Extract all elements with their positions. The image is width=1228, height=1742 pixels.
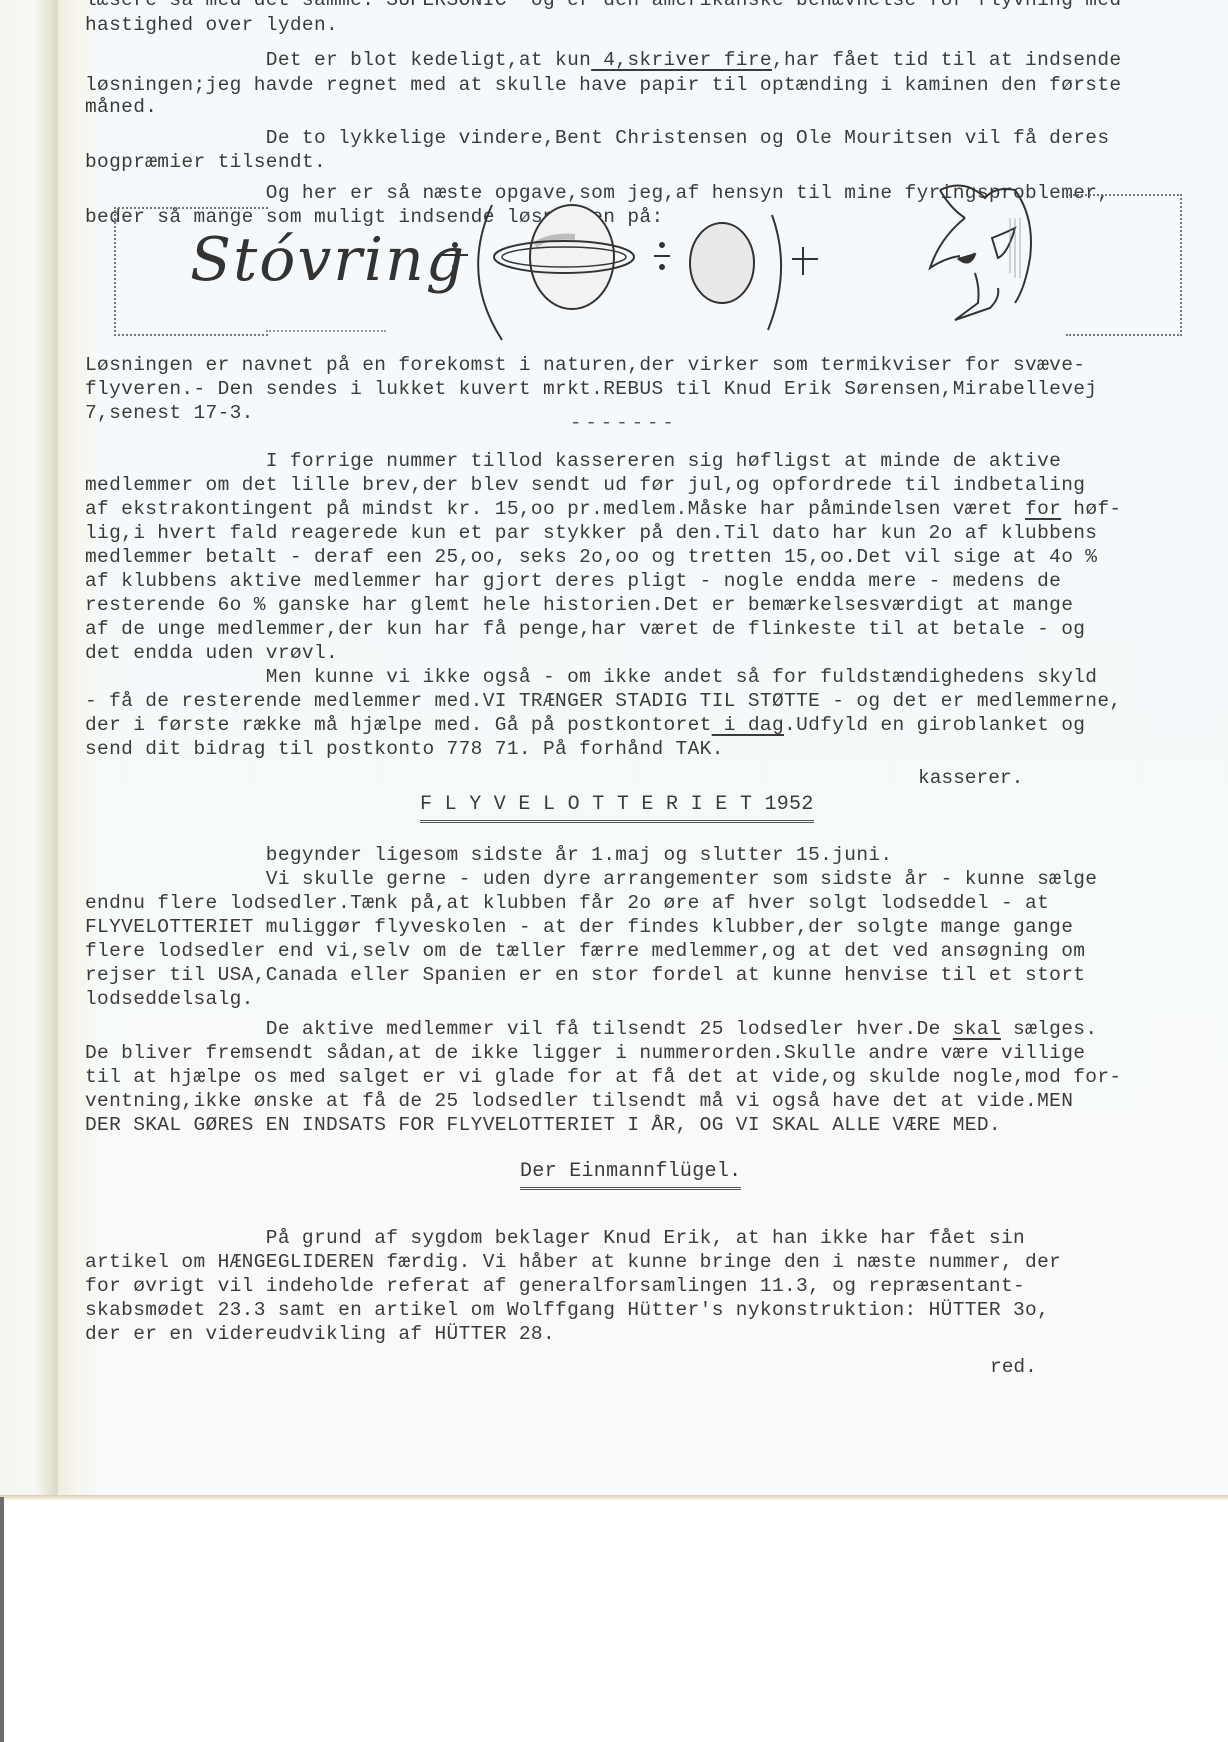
text-line: for øvrigt vil indeholde referat af gene… bbox=[85, 1274, 1025, 1298]
text-line: måned. bbox=[85, 95, 157, 119]
einmann-heading: Der Einmannflügel. bbox=[520, 1160, 741, 1190]
text-line: af de unge medlemmer,der kun har få peng… bbox=[85, 617, 1085, 641]
saturn-planet-icon bbox=[494, 205, 634, 309]
section-separator: ------- bbox=[570, 412, 678, 434]
text-line: af klubbens aktive medlemmer har gjort d… bbox=[85, 569, 1061, 593]
underlined-text: 4,skriver fire bbox=[591, 49, 772, 71]
text-line: ventning,ikke ønske at få de 25 lodsedle… bbox=[85, 1089, 1073, 1113]
text-line: der er en videreudvikling af HÜTTER 28. bbox=[85, 1322, 555, 1346]
rebus-equation-icon bbox=[400, 175, 920, 345]
ball-icon bbox=[690, 223, 754, 303]
lower-sheet bbox=[4, 1501, 1228, 1742]
text-line: På grund af sygdom beklager Knud Erik, a… bbox=[85, 1226, 1025, 1250]
text-line: FLYVELOTTERIET muliggør flyveskolen - at… bbox=[85, 915, 1073, 939]
binding-strip bbox=[0, 0, 59, 1497]
text-line: lodseddelsalg. bbox=[85, 987, 254, 1011]
text-line: der i første række må hjælpe med. Gå på … bbox=[85, 713, 1085, 737]
text-line: I forrige nummer tillod kassereren sig h… bbox=[85, 449, 1061, 473]
text-line: Løsningen er navnet på en forekomst i na… bbox=[85, 353, 1085, 377]
right-paren bbox=[768, 215, 781, 330]
text-line: skabsmødet 23.3 samt en artikel om Wolff… bbox=[85, 1298, 1049, 1322]
text-line: flere lodsedler end vi,selv om de tæller… bbox=[85, 939, 1085, 963]
text-line: medlemmer om det lille brev,der blev sen… bbox=[85, 473, 1085, 497]
text-line: 7,senest 17-3. bbox=[85, 401, 254, 425]
text-line: begynder ligesom sidste år 1.maj og slut… bbox=[85, 843, 892, 867]
underlined-text: for bbox=[1025, 498, 1061, 520]
cut-off-line: læsere så med det samme. SUPERSONIC" og … bbox=[85, 0, 1121, 12]
lottery-heading: F L Y V E L O T T E R I E T 1952 bbox=[420, 793, 814, 823]
text-line: De bliver fremsendt sådan,at de ikke lig… bbox=[85, 1041, 1085, 1065]
kasserer-signature: kasserer. bbox=[918, 767, 1023, 789]
text-line: løsningen;jeg havde regnet med at skulle… bbox=[85, 73, 1121, 97]
text-line: endnu flere lodsedler.Tænk på,at klubben… bbox=[85, 891, 1049, 915]
divide-icon bbox=[442, 243, 468, 269]
plus-icon bbox=[792, 247, 818, 275]
text-line: De to lykkelige vindere,Bent Christensen… bbox=[85, 126, 1109, 150]
rebus-frame-right bbox=[1066, 194, 1182, 336]
left-paren bbox=[478, 205, 502, 340]
text-line: Vi skulle gerne - uden dyre arrangemente… bbox=[85, 867, 1097, 891]
text-line: til at hjælpe os med salget er vi glade … bbox=[85, 1065, 1121, 1089]
text-line: send dit bidrag til postkonto 778 71. På… bbox=[85, 737, 724, 761]
text-line: resterende 6o % ganske har glemt hele hi… bbox=[85, 593, 1073, 617]
text-line: medlemmer betalt - deraf een 25,oo, seks… bbox=[85, 545, 1097, 569]
text-line: hastighed over lyden. bbox=[85, 13, 338, 37]
text-line: flyveren.- Den sendes i lukket kuvert mr… bbox=[85, 377, 1097, 401]
devil-head-icon bbox=[920, 178, 1070, 338]
text-line: af ekstrakontingent på mindst kr. 15,oo … bbox=[85, 497, 1121, 521]
text-line: Men kunne vi ikke også - om ikke andet s… bbox=[85, 665, 1097, 689]
text-line: det endda uden vrøvl. bbox=[85, 641, 338, 665]
rebus-frame-bottom bbox=[266, 330, 386, 332]
text-line: Det er blot kedeligt,at kun 4,skriver fi… bbox=[85, 48, 1121, 72]
text-line: rejser til USA,Canada eller Spanien er e… bbox=[85, 963, 1085, 987]
text-line: bogpræmier tilsendt. bbox=[85, 150, 326, 174]
text-line: De aktive medlemmer vil få tilsendt 25 l… bbox=[85, 1017, 1097, 1041]
text-line: artikel om HÆNGEGLIDEREN færdig. Vi håbe… bbox=[85, 1250, 1061, 1274]
underlined-text: i dag bbox=[712, 714, 784, 736]
text-line: lig,i hvert fald reagerede kun et par st… bbox=[85, 521, 1097, 545]
divide-icon bbox=[654, 243, 670, 269]
text-line: DER SKAL GØRES EN INDSATS FOR FLYVELOTTE… bbox=[85, 1113, 1001, 1137]
underlined-text: skal bbox=[953, 1018, 1001, 1040]
red-signature: red. bbox=[990, 1356, 1037, 1378]
text-line: - få de resterende medlemmer med.VI TRÆN… bbox=[85, 689, 1121, 713]
